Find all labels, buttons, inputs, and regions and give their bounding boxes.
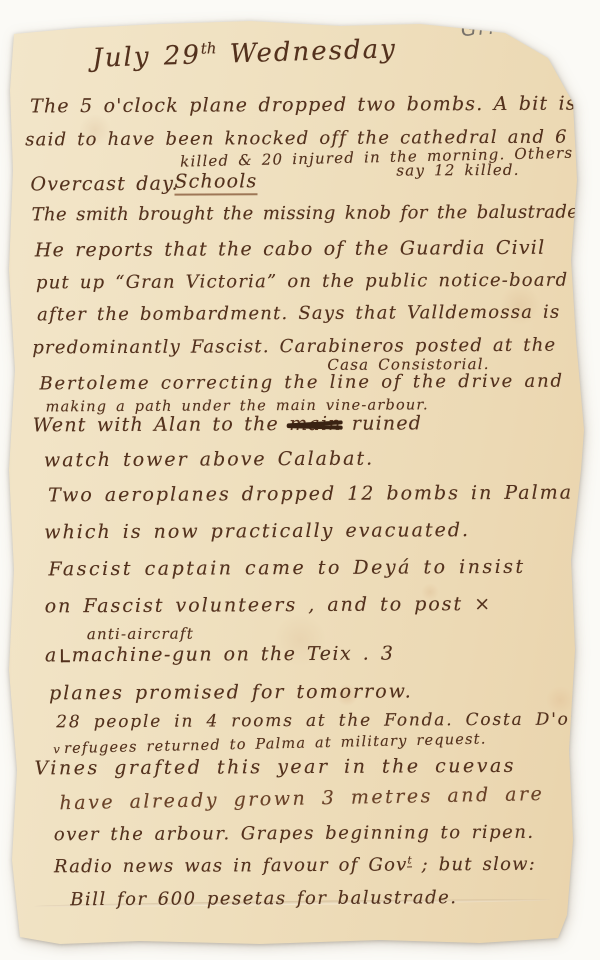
line-fragment: refugees returned to Palma at military r… <box>64 731 487 757</box>
entry-date: July 29th Wednesday <box>92 34 397 74</box>
line-fragment: Radio news was in favour of Gov <box>54 854 408 877</box>
diary-line: He reports that the cabo of the Guardia … <box>35 237 546 262</box>
diary-line: Bill for 600 pesetas for balustrade. <box>70 887 457 910</box>
diary-line: have already grown 3 metres and are <box>59 783 544 814</box>
catalog-number: Gri-525 <box>460 11 550 42</box>
paper-surface: Gri-525 July 29th Wednesday The 5 o'cloc… <box>0 0 600 960</box>
diary-line: after the bombardment. Says that Valldem… <box>37 302 560 326</box>
diary-line: The smith brought the missing knob for t… <box>32 202 579 226</box>
insertion-mark-icon <box>61 649 70 662</box>
entry-date-weekday: Wednesday <box>216 34 397 70</box>
diary-line: Bertoleme correcting the line of the dri… <box>39 371 563 395</box>
line-fragment: Went with Alan to the <box>33 413 290 436</box>
diary-line: 28 people in 4 rooms at the Fonda. Costa… <box>56 710 579 733</box>
diary-line: Overcast day. <box>30 173 178 196</box>
line-fragment: ; but slow: <box>412 854 536 876</box>
entry-date-ordinal: th <box>200 39 216 57</box>
diary-line: which is now practically evacuated. <box>44 519 470 543</box>
underlined-word: Schools <box>174 170 257 195</box>
diary-line: Went with Alan to the main ruined <box>33 412 423 436</box>
scan-background: Gri-525 July 29th Wednesday The 5 o'cloc… <box>0 0 600 960</box>
line-fragment: ruined <box>342 412 423 434</box>
diary-line: planes promised for tomorrow. <box>49 680 413 704</box>
interline-note: say 12 killed. <box>396 161 519 180</box>
diary-line: put up “Gran Victoria” on the public not… <box>36 270 568 294</box>
line-fragment: machine-gun on the Teix . 3 <box>72 643 395 667</box>
interline-note: anti-aircraft <box>87 625 194 644</box>
strikethrough-word: main <box>289 413 342 435</box>
diary-line: on Fascist volunteers , and to post × <box>45 593 493 617</box>
insertion-caret-icon: v <box>53 742 61 756</box>
paper-sheet: Gri-525 July 29th Wednesday The 5 o'cloc… <box>0 0 600 960</box>
interline-note: vrefugees returned to Palma at military … <box>53 731 487 757</box>
diary-line: The 5 o'clock plane dropped two bombs. A… <box>30 93 577 118</box>
diary-line: watch tower above Calabat. <box>44 448 374 472</box>
diary-line: Two aeroplanes dropped 12 bombs in Palma… <box>48 481 592 506</box>
diary-line: amachine-gun on the Teix . 3 <box>45 643 395 667</box>
diary-line: Vines grafted this year in the cuevas <box>34 755 516 780</box>
diary-line: Radio news was in favour of Govt ; but s… <box>54 854 536 878</box>
diary-text: Gri-525 July 29th Wednesday The 5 o'cloc… <box>0 0 600 960</box>
diary-line: Fascist captain came to Deyá to insist <box>48 556 525 580</box>
entry-date-day: July 29 <box>92 40 201 73</box>
line-fragment: a <box>45 644 58 666</box>
diary-line: over the arbour. Grapes beginning to rip… <box>54 822 535 846</box>
